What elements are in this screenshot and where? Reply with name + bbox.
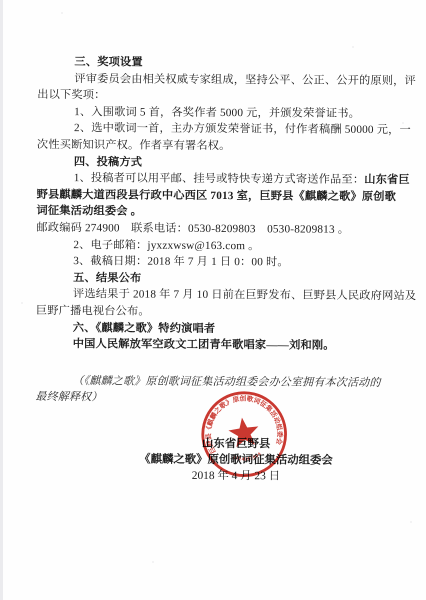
official-seal: 巨野县《麒麟之歌》原创歌词征集活动组委会 3724902098 <box>195 385 294 484</box>
seal-code-text: 3724902098 <box>232 451 263 464</box>
doc-line: 邮政编码 274900 联系电话：0530-8209803 0530-82098… <box>36 220 402 239</box>
scanned-document-page: 三、奖项设置评审委员会由相关权威专家组成，坚持公平、公正、公开的原则，评出以下奖… <box>0 0 426 600</box>
document-body: 三、奖项设置评审委员会由相关权威专家组成，坚持公平、公正、公开的原则，评出以下奖… <box>35 54 403 408</box>
section-heading: 三、奖项设置 <box>37 54 403 73</box>
doc-text-run: 山东省巨 <box>364 174 410 186</box>
doc-text-run: 1、投稿者可以用平邮、挂号或特快专递方式寄送作品至： <box>74 172 365 186</box>
svg-text:3724902098: 3724902098 <box>232 451 263 464</box>
doc-line: 出以下奖项： <box>37 87 403 106</box>
doc-line: 中国人民解放军空政文工团青年歌唱家——刘和刚。 <box>36 336 402 355</box>
document-content: 三、奖项设置评审委员会由相关权威专家组成，坚持公平、公正、公开的原则，评出以下奖… <box>0 0 426 600</box>
doc-line: 1、投稿者可以用平邮、挂号或特快专递方式寄送作品至：山东省巨 <box>37 170 403 189</box>
seal-graphic: 巨野县《麒麟之歌》原创歌词征集活动组委会 3724902098 <box>195 385 294 484</box>
doc-line: 评选结果于 2018 年 7 月 10 日前在巨野发布、巨野县人民政府网站及 <box>36 286 402 305</box>
doc-line: 3、截稿日期：2018 年 7 月 1 日 0：00 时。 <box>36 253 402 272</box>
seal-star-icon <box>227 416 261 448</box>
doc-line: 巨野广播电视台公布。 <box>36 303 402 322</box>
doc-line: 次性买断知识产权。作者享有署名权。 <box>37 137 403 156</box>
